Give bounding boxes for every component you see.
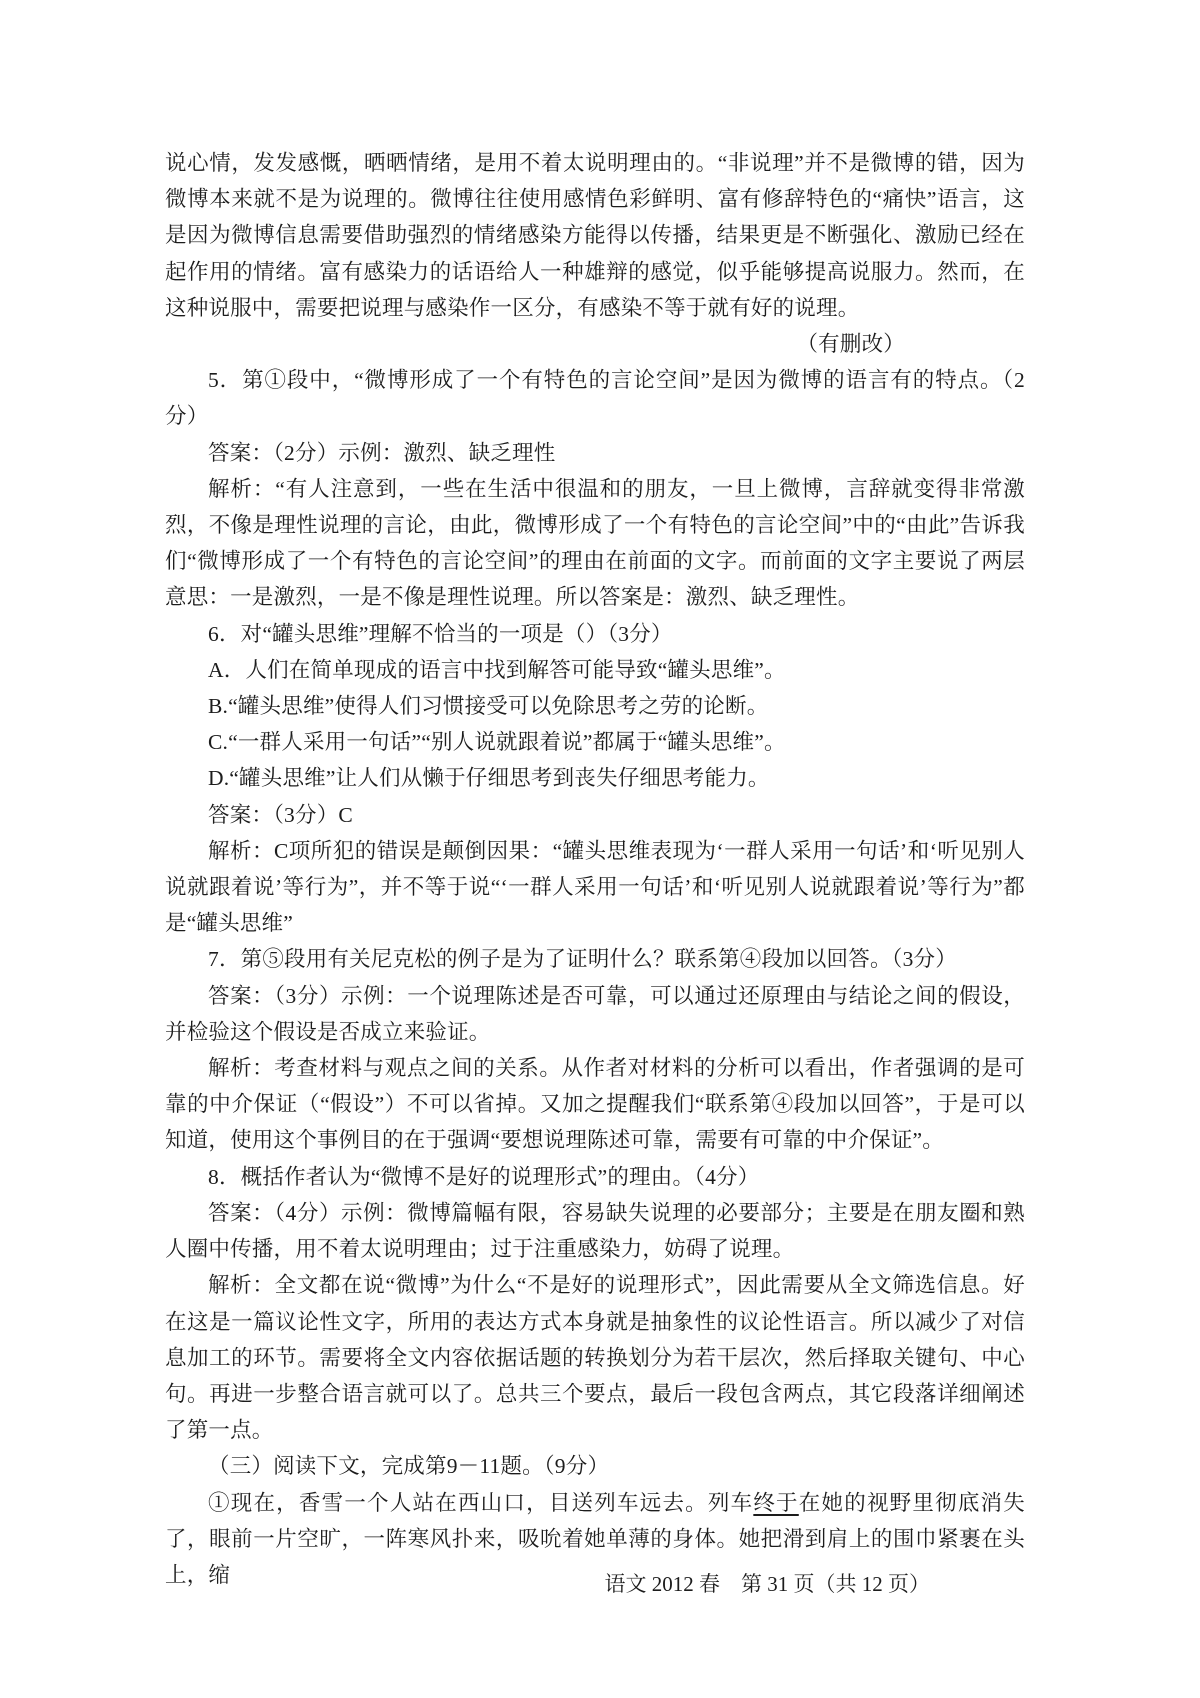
question-6-option-c: C.“一群人采用一句话”“别人说就跟着说”都属于“罐头思维”。 [165, 724, 1025, 760]
question-6-option-d: D.“罐头思维”让人们从懒于仔细思考到丧失仔细思考能力。 [165, 760, 1025, 796]
question-5-answer: 答案：（2分）示例：激烈、缺乏理性 [165, 435, 1025, 471]
source-note: （有删改） [165, 326, 1025, 362]
question-8-stem: 8．概括作者认为“微博不是好的说理形式”的理由。（4分） [165, 1159, 1025, 1195]
question-5-stem: 5．第①段中，“微博形成了一个有特色的言论空间”是因为微博的语言有的特点。（2分… [165, 362, 1025, 434]
question-6-option-a: A．人们在简单现成的语言中找到解答可能导致“罐头思维”。 [165, 652, 1025, 688]
question-6-answer: 答案：（3分）C [165, 797, 1025, 833]
passage-text-pre: ①现在，香雪一个人站在西山口，目送列车远去。列车 [208, 1491, 753, 1515]
page-footer-text: 语文 2012 春 第 31 页（共 12 页） [605, 1572, 931, 1596]
question-6-option-b: B.“罐头思维”使得人们习惯接受可以免除思考之劳的论断。 [165, 688, 1025, 724]
section-3-header: （三）阅读下文，完成第9－11题。（9分） [165, 1448, 1025, 1484]
document-content: 说心情，发发感慨，晒晒情绪，是用不着太说明理由的。“非说理”并不是微博的错，因为… [165, 145, 1025, 1593]
question-8-answer: 答案：（4分）示例：微博篇幅有限，容易缺失说理的必要部分；主要是在朋友圈和熟人圈… [165, 1195, 1025, 1267]
underlined-word: 终于 [753, 1491, 798, 1515]
question-6-analysis: 解析：C项所犯的错误是颠倒因果：“罐头思维表现为‘一群人采用一句话’和‘听见别人… [165, 833, 1025, 942]
question-6-stem: 6．对“罐头思维”理解不恰当的一项是（）（3分） [165, 616, 1025, 652]
exam-answer-page: 说心情，发发感慨，晒晒情绪，是用不着太说明理由的。“非说理”并不是微博的错，因为… [0, 0, 1200, 1698]
question-7-stem: 7．第⑤段用有关尼克松的例子是为了证明什么？联系第④段加以回答。（3分） [165, 941, 1025, 977]
question-7-analysis: 解析：考查材料与观点之间的关系。从作者对材料的分析可以看出，作者强调的是可靠的中… [165, 1050, 1025, 1159]
question-8-analysis: 解析：全文都在说“微博”为什么“不是好的说理形式”，因此需要从全文筛选信息。好在… [165, 1267, 1025, 1448]
question-5-analysis: 解析：“有人注意到，一些在生活中很温和的朋友，一旦上微博，言辞就变得非常激烈，不… [165, 471, 1025, 616]
question-7-answer: 答案：（3分）示例：一个说理陈述是否可靠，可以通过还原理由与结论之间的假设，并检… [165, 978, 1025, 1050]
page-footer: 语文 2012 春 第 31 页（共 12 页） [0, 1566, 930, 1602]
intro-continuation-paragraph: 说心情，发发感慨，晒晒情绪，是用不着太说明理由的。“非说理”并不是微博的错，因为… [165, 145, 1025, 326]
